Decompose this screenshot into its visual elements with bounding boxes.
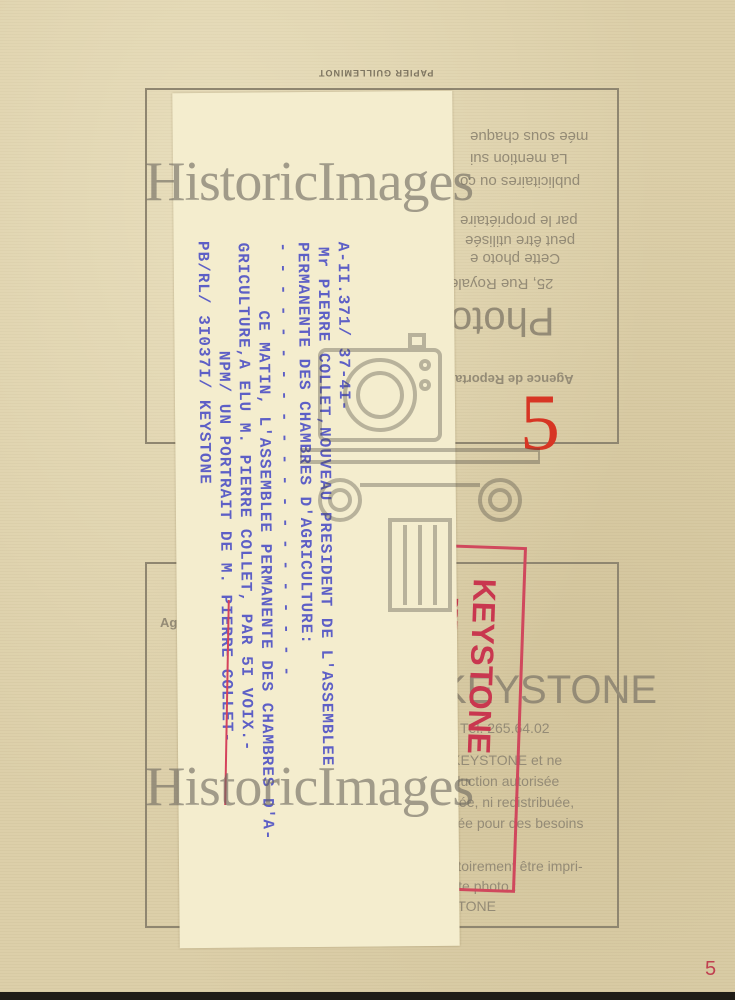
caption-line-7: PB/RL/ 3I037I/ KEYSTONE: [194, 241, 214, 485]
upper-line-3: par le propriétaire: [460, 212, 578, 229]
paper-brand-top: PAPIER GUILLEMINOT: [318, 68, 433, 78]
upper-line-1: La mention sui: [470, 150, 568, 167]
caption-line-5: GRICULTURE,A ELU M. PIERRE COLLET, PAR 5…: [234, 243, 256, 752]
photo-back-sheet: PAPIER GUILLEMINOT mée sous chaque La me…: [0, 0, 735, 992]
corner-handwritten-mark: 5: [705, 958, 716, 981]
upper-line-5: Cette photo e: [470, 250, 560, 267]
caption-line-3: - - - - - - - - - - - - - - - - - - - - …: [274, 242, 296, 677]
watermark-top: HistoricImages: [145, 150, 473, 214]
upper-line-4: peut être utilisée: [465, 232, 575, 249]
upper-line-2: publicitaires ou co: [460, 173, 580, 190]
upper-line-0: mée sous chaque: [470, 128, 588, 145]
bottom-edge: [0, 992, 735, 1000]
upper-line-6: 25, Rue Royale: [450, 275, 553, 292]
caption-line-6: NPM/ UN PORTRAIT DE M. PIERRE COLLET-: [215, 351, 236, 743]
watermark-bottom: HistoricImages: [145, 755, 473, 819]
watermark-camera-column-icon: [300, 310, 540, 630]
